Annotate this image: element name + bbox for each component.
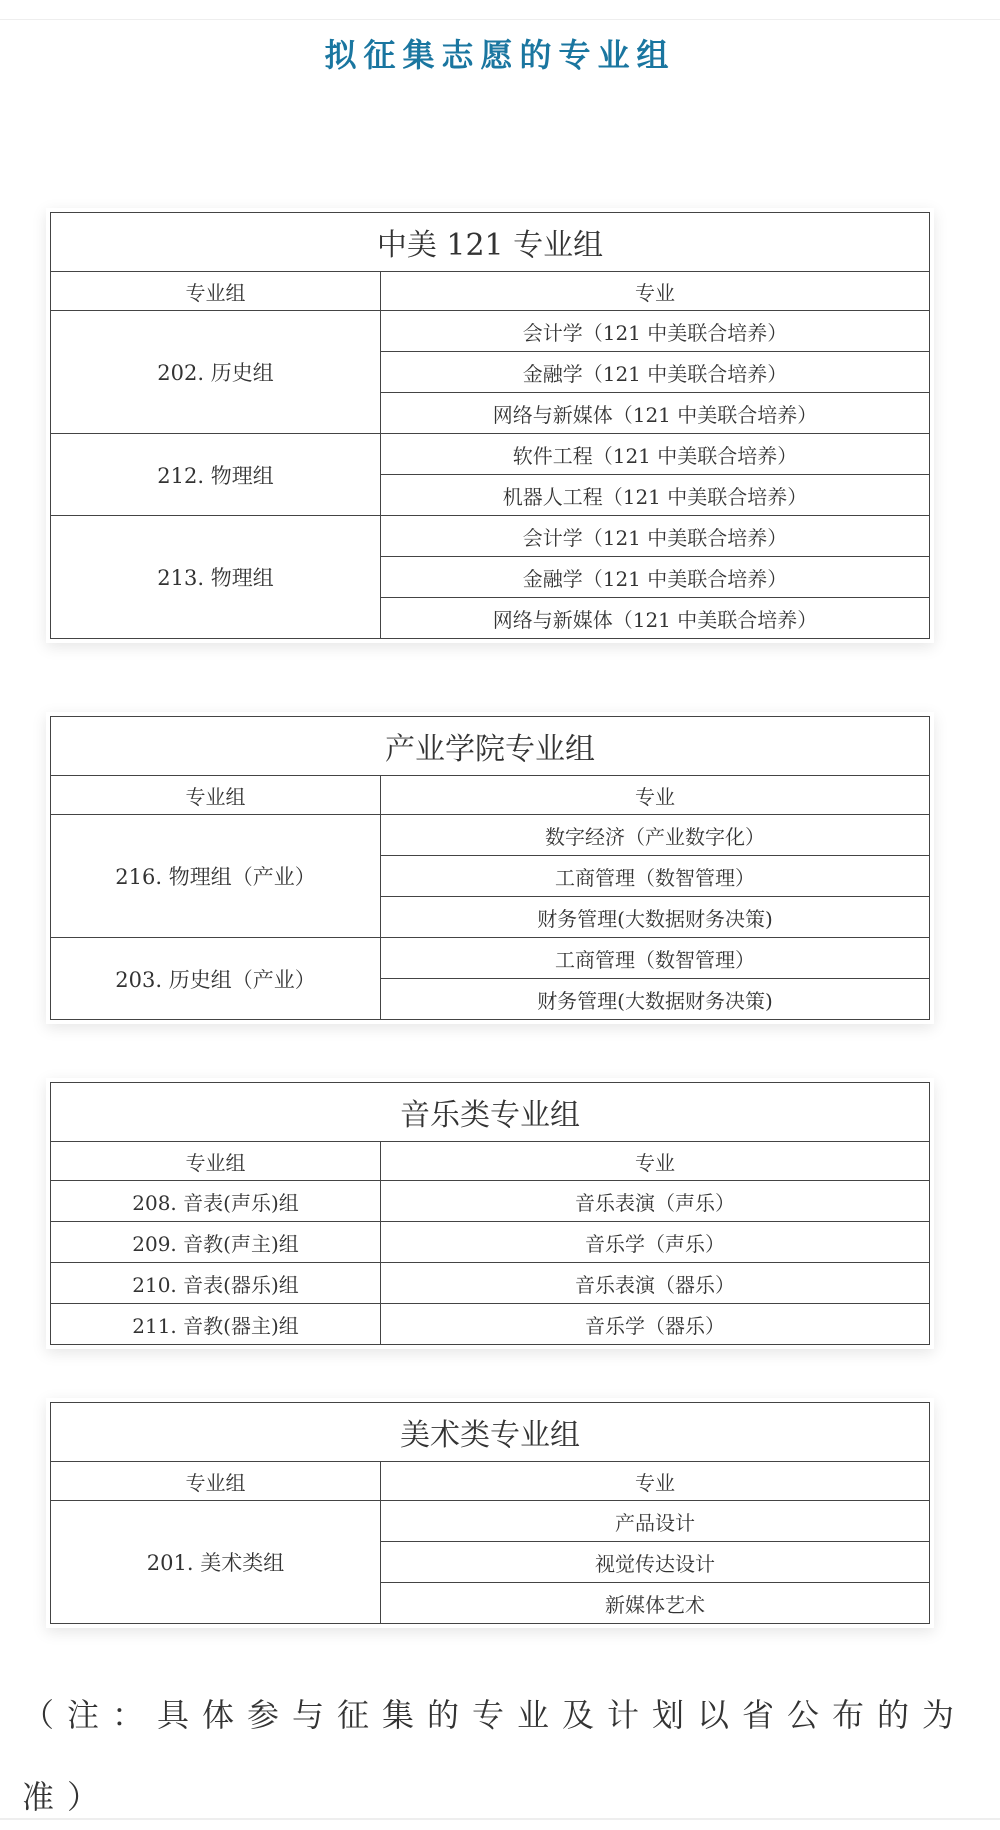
major-cell: 财务管理(大数据财务决策) <box>381 979 930 1020</box>
group-cell: 211. 音教(器主)组 <box>51 1304 381 1345</box>
major-group-table: 音乐类专业组 专业组 专业 208. 音表(声乐)组 音乐表演（声乐） 209.… <box>50 1082 930 1345</box>
note-line-2: 准） <box>22 1772 982 1818</box>
major-cell: 金融学（121 中美联合培养） <box>381 352 930 393</box>
top-divider <box>0 19 1000 20</box>
major-cell: 网络与新媒体（121 中美联合培养） <box>381 598 930 639</box>
major-cell: 新媒体艺术 <box>381 1583 930 1624</box>
table-card-sino-us-121: 中美 121 专业组 专业组 专业 202. 历史组 会计学（121 中美联合培… <box>46 208 934 643</box>
table-row: 203. 历史组（产业） 工商管理（数智管理） <box>51 938 930 979</box>
major-cell: 数字经济（产业数字化） <box>381 815 930 856</box>
major-cell: 软件工程（121 中美联合培养） <box>381 434 930 475</box>
header-group: 专业组 <box>51 272 381 311</box>
group-cell: 203. 历史组（产业） <box>51 938 381 1020</box>
header-group: 专业组 <box>51 776 381 815</box>
table-row: 212. 物理组 软件工程（121 中美联合培养） <box>51 434 930 475</box>
group-cell: 210. 音表(器乐)组 <box>51 1263 381 1304</box>
major-cell: 音乐学（声乐） <box>381 1222 930 1263</box>
table-row: 210. 音表(器乐)组 音乐表演（器乐） <box>51 1263 930 1304</box>
table-title: 产业学院专业组 <box>51 717 930 776</box>
table-card-fine-arts: 美术类专业组 专业组 专业 201. 美术类组 产品设计 视觉传达设计 新媒体艺… <box>46 1398 934 1628</box>
major-group-table: 美术类专业组 专业组 专业 201. 美术类组 产品设计 视觉传达设计 新媒体艺… <box>50 1402 930 1624</box>
table-title: 音乐类专业组 <box>51 1083 930 1142</box>
group-cell: 208. 音表(声乐)组 <box>51 1181 381 1222</box>
group-cell: 212. 物理组 <box>51 434 381 516</box>
table-row: 202. 历史组 会计学（121 中美联合培养） <box>51 311 930 352</box>
table-card-music: 音乐类专业组 专业组 专业 208. 音表(声乐)组 音乐表演（声乐） 209.… <box>46 1078 934 1349</box>
group-cell: 216. 物理组（产业） <box>51 815 381 938</box>
major-cell: 机器人工程（121 中美联合培养） <box>381 475 930 516</box>
major-cell: 产品设计 <box>381 1501 930 1542</box>
table-row: 208. 音表(声乐)组 音乐表演（声乐） <box>51 1181 930 1222</box>
major-cell: 网络与新媒体（121 中美联合培养） <box>381 393 930 434</box>
major-cell: 工商管理（数智管理） <box>381 938 930 979</box>
major-cell: 音乐学（器乐） <box>381 1304 930 1345</box>
major-cell: 视觉传达设计 <box>381 1542 930 1583</box>
major-cell: 音乐表演（声乐） <box>381 1181 930 1222</box>
major-cell: 金融学（121 中美联合培养） <box>381 557 930 598</box>
major-group-table: 中美 121 专业组 专业组 专业 202. 历史组 会计学（121 中美联合培… <box>50 212 930 639</box>
bottom-divider <box>0 1818 1000 1820</box>
major-cell: 会计学（121 中美联合培养） <box>381 311 930 352</box>
header-major: 专业 <box>381 776 930 815</box>
table-card-industry-college: 产业学院专业组 专业组 专业 216. 物理组（产业） 数字经济（产业数字化） … <box>46 712 934 1024</box>
header-group: 专业组 <box>51 1142 381 1181</box>
header-major: 专业 <box>381 272 930 311</box>
major-group-table: 产业学院专业组 专业组 专业 216. 物理组（产业） 数字经济（产业数字化） … <box>50 716 930 1020</box>
table-row: 216. 物理组（产业） 数字经济（产业数字化） <box>51 815 930 856</box>
major-cell: 会计学（121 中美联合培养） <box>381 516 930 557</box>
table-title: 美术类专业组 <box>51 1403 930 1462</box>
header-major: 专业 <box>381 1142 930 1181</box>
table-row: 213. 物理组 会计学（121 中美联合培养） <box>51 516 930 557</box>
page-title: 拟征集志愿的专业组 <box>0 30 1000 76</box>
major-cell: 工商管理（数智管理） <box>381 856 930 897</box>
table-title: 中美 121 专业组 <box>51 213 930 272</box>
table-row: 211. 音教(器主)组 音乐学（器乐） <box>51 1304 930 1345</box>
table-row: 209. 音教(声主)组 音乐学（声乐） <box>51 1222 930 1263</box>
major-cell: 财务管理(大数据财务决策) <box>381 897 930 938</box>
group-cell: 213. 物理组 <box>51 516 381 639</box>
header-group: 专业组 <box>51 1462 381 1501</box>
group-cell: 201. 美术类组 <box>51 1501 381 1624</box>
note-line-1: （注：具体参与征集的专业及计划以省公布的为 <box>22 1690 982 1736</box>
major-cell: 音乐表演（器乐） <box>381 1263 930 1304</box>
header-major: 专业 <box>381 1462 930 1501</box>
group-cell: 202. 历史组 <box>51 311 381 434</box>
group-cell: 209. 音教(声主)组 <box>51 1222 381 1263</box>
table-row: 201. 美术类组 产品设计 <box>51 1501 930 1542</box>
